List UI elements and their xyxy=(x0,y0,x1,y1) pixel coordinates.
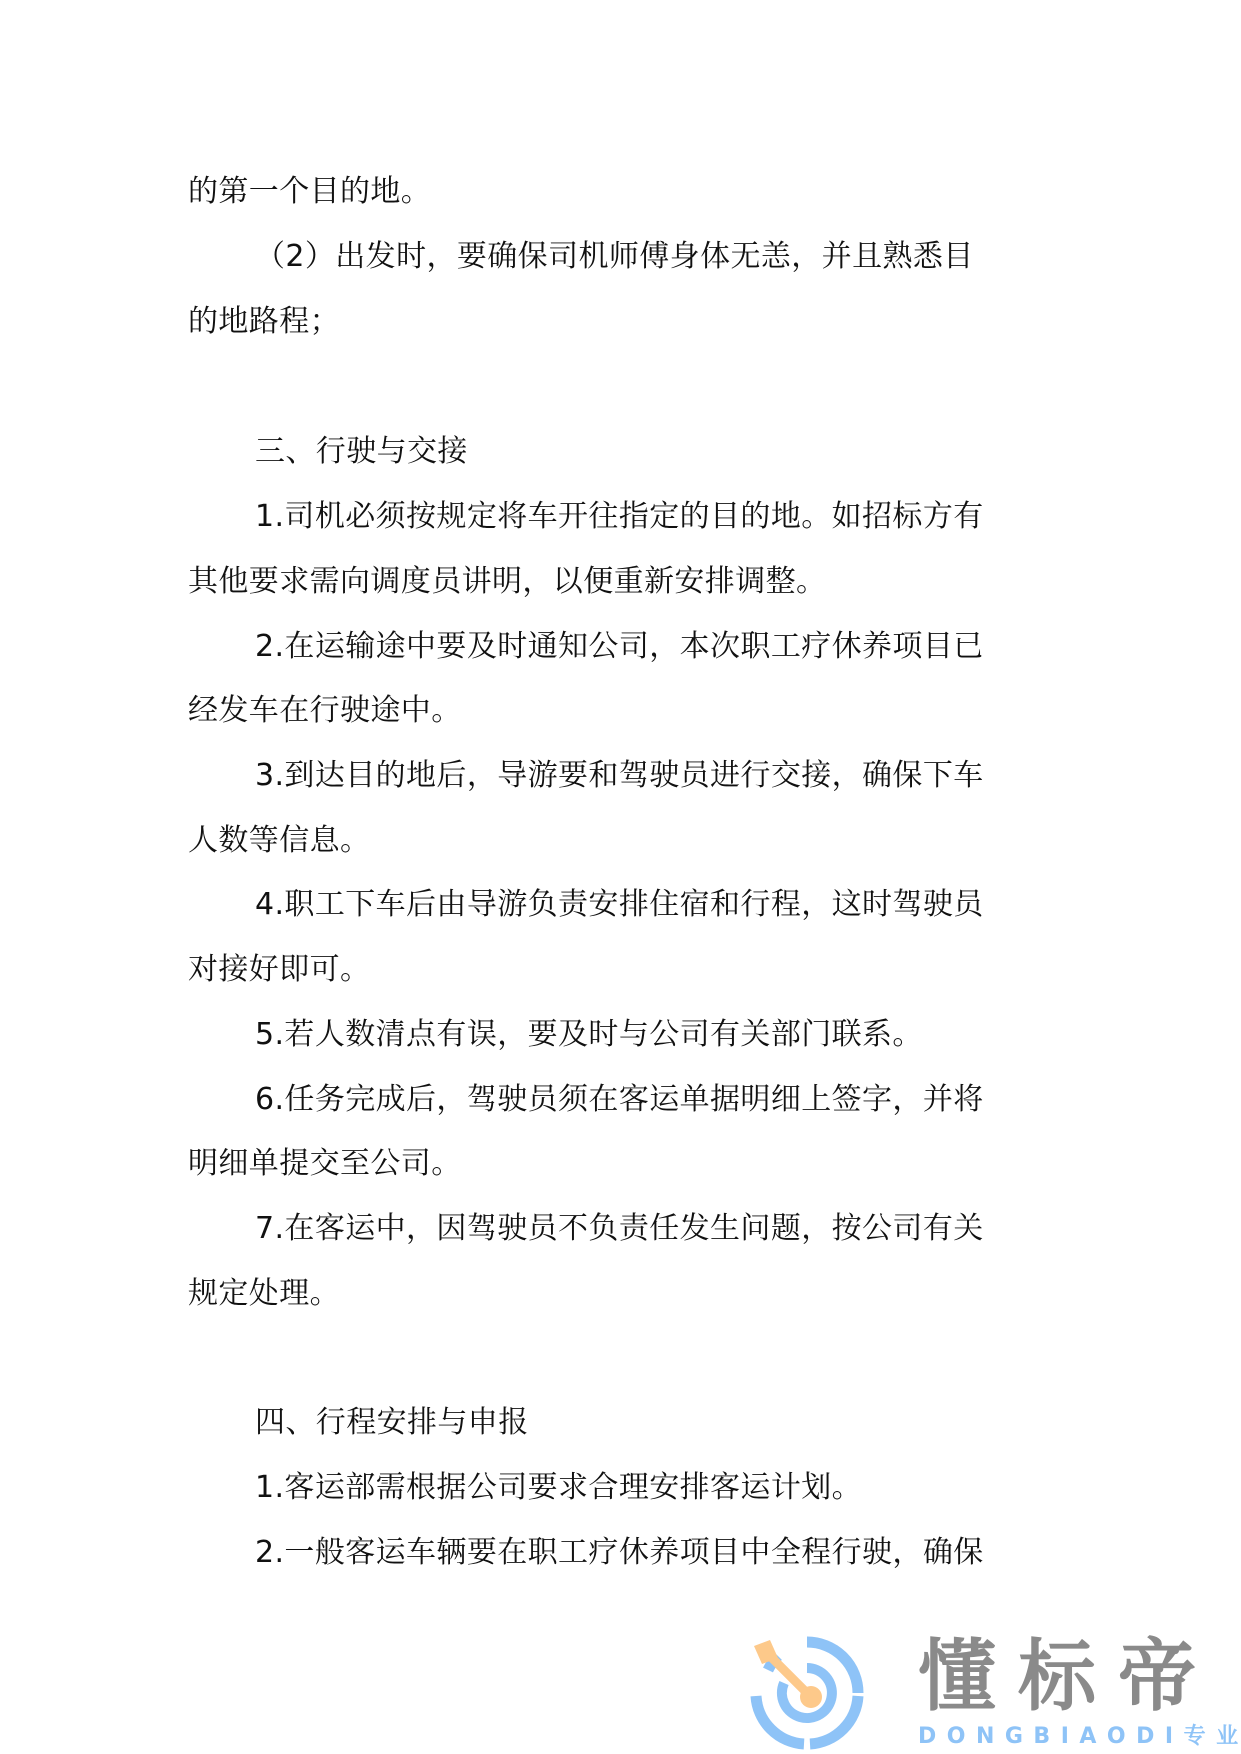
text-line: 2.一般客运车辆要在职工疗休养项目中全程行驶，确保 xyxy=(255,1531,1125,1575)
text-line: 5.若人数清点有误，要及时与公司有关部门联系。 xyxy=(255,1013,1125,1057)
text-line: 3.到达目的地后，导游要和驾驶员进行交接，确保下车 xyxy=(255,754,1125,798)
text-line: 明细单提交至公司。 xyxy=(188,1142,1058,1186)
text-line: 1.司机必须按规定将车开往指定的目的地。如招标方有 xyxy=(255,495,1125,539)
text-line: 1.客运部需根据公司要求合理安排客运计划。 xyxy=(255,1466,1125,1510)
text-line: （2）出发时，要确保司机师傅身体无恙，并且熟悉目 xyxy=(255,235,1125,279)
section-heading: 三、行驶与交接 xyxy=(255,430,1125,474)
text-line: 2.在运输途中要及时通知公司，本次职工疗休养项目已 xyxy=(255,625,1125,669)
text-line: 的第一个目的地。 xyxy=(188,170,1058,214)
section-heading: 四、行程安排与申报 xyxy=(255,1401,1125,1445)
text-line: 其他要求需向调度员讲明，以便重新安排调整。 xyxy=(188,560,1058,604)
text-line: 人数等信息。 xyxy=(188,819,1058,863)
watermark-logo: 懂标帝 DONGBIAODI专业版 xyxy=(748,1628,1218,1754)
document-page: 的第一个目的地。 （2）出发时，要确保司机师傅身体无恙，并且熟悉目 的地路程； … xyxy=(0,0,1241,1754)
target-arrow-icon xyxy=(748,1634,866,1752)
watermark-subtitle: DONGBIAODI专业版 xyxy=(918,1724,1241,1750)
text-line: 6.任务完成后，驾驶员须在客运单据明细上签字，并将 xyxy=(255,1078,1125,1122)
text-line: 规定处理。 xyxy=(188,1272,1058,1316)
text-line: 对接好即可。 xyxy=(188,948,1058,992)
text-line: 的地路程； xyxy=(188,300,1058,344)
text-line: 4.职工下车后由导游负责安排住宿和行程，这时驾驶员 xyxy=(255,883,1125,927)
text-line: 7.在客运中，因驾驶员不负责任发生问题，按公司有关 xyxy=(255,1207,1125,1251)
text-line: 经发车在行驶途中。 xyxy=(188,689,1058,733)
watermark-title: 懂标帝 xyxy=(918,1632,1218,1722)
